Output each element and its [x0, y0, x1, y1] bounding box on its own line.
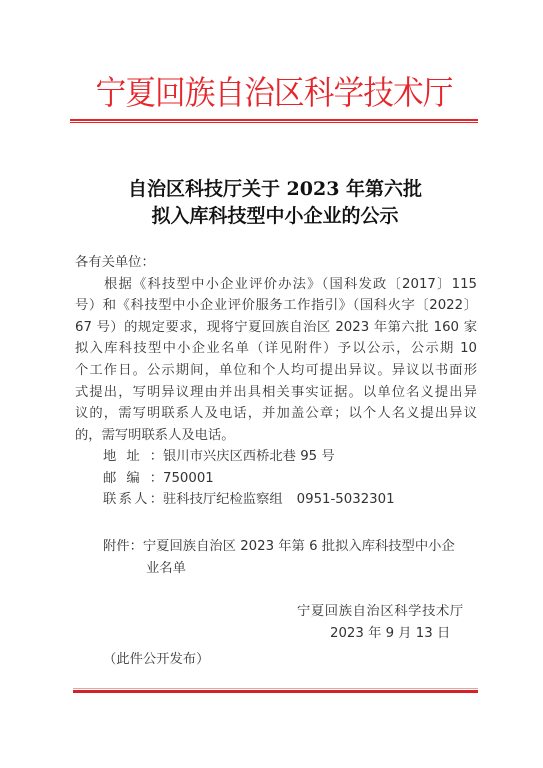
contact-phone: 0951-5032301: [297, 492, 395, 507]
attachment-title-line-2[interactable]: 业名单: [103, 558, 475, 580]
address-value: 银川市兴庆区西桥北巷 95 号: [163, 449, 335, 464]
postcode-row: 邮编：750001: [103, 468, 214, 490]
body-line: 号）和《科技型中小企业评价服务工作指引》（国科火字〔2022〕: [75, 295, 477, 317]
public-release-note: （此件公开发布）: [103, 649, 209, 671]
body-line: 拟入库科技型中小企业名单（详见附件）予以公示，公示期 10: [75, 338, 477, 360]
address-row: 地址：银川市兴庆区西桥北巷 95 号: [103, 446, 335, 468]
signature-org: 宁夏回族自治区科学技术厅: [297, 601, 464, 623]
rule-line-thick: [73, 690, 478, 693]
body-line: 个工作日。公示期间，单位和个人均可提出异议。异议以书面形: [75, 360, 477, 382]
postcode-value: 750001: [163, 471, 214, 486]
masthead-red-rule: [70, 119, 478, 123]
attachment-block: 附件：宁夏回族自治区 2023 年第 6 批拟入库科技型中小企 业名单: [103, 536, 475, 579]
salutation: 各有关单位：: [75, 252, 155, 274]
contact-label: 联系人：: [103, 489, 163, 511]
address-label: 地址：: [103, 446, 163, 468]
rule-line-lower: [70, 122, 478, 124]
rule-line-upper: [70, 119, 478, 121]
contact-name: 驻科技厅纪检监察组: [163, 492, 283, 507]
body-line: 式提出，写明异议理由并出具相关事实证据。以单位名义提出异: [75, 382, 477, 404]
body-line: 议的，需写明联系人及电话，并加盖公章；以个人名义提出异议: [75, 403, 477, 425]
body-paragraph: 根据《科技型中小企业评价办法》（国科发政〔2017〕115 号）和《科技型中小企…: [75, 274, 477, 447]
document-title-line-2: 拟入库科技型中小企业的公示: [60, 201, 490, 228]
body-line: 根据《科技型中小企业评价办法》（国科发政〔2017〕115: [75, 274, 477, 296]
masthead-org-name: 宁夏回族自治区科学技术厅: [84, 72, 463, 114]
document-title-line-1: 自治区科技厅关于 2023 年第六批: [60, 174, 490, 201]
footer-red-rule: [73, 688, 478, 693]
signature-date: 2023 年 9 月 13 日: [330, 623, 450, 645]
postcode-label: 邮编：: [103, 468, 163, 490]
attachment-label: 附件：: [103, 539, 143, 554]
document-page: 宁夏回族自治区科学技术厅 自治区科技厅关于 2023 年第六批 拟入库科技型中小…: [0, 0, 543, 768]
body-line: 67 号）的规定要求，现将宁夏回族自治区 2023 年第六批 160 家: [75, 317, 477, 339]
attachment-title-line-1[interactable]: 宁夏回族自治区 2023 年第 6 批拟入库科技型中小企: [143, 539, 455, 554]
contact-row: 联系人：驻科技厅纪检监察组0951-5032301: [103, 489, 395, 511]
body-line: 的，需写明联系人及电话。: [75, 425, 477, 447]
